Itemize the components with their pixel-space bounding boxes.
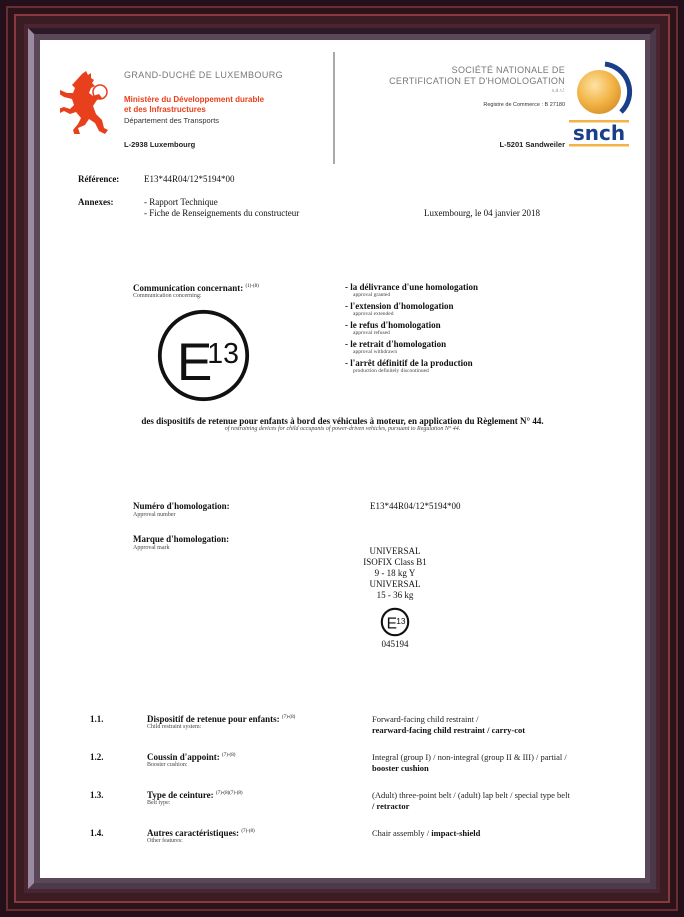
item-label: Type de ceinture: (7)-(8)(7)-(8) [147,790,243,800]
footnote-ref: (7)-(8) [241,829,254,834]
reference-value: E13*44R04/12*5194*00 [144,174,235,184]
item-value-normal: Chair assembly / [372,828,429,838]
ministry-line-2: et des Infrastructures [124,105,264,115]
svg-text:13: 13 [396,616,406,626]
item-label: Dispositif de retenue pour enfants: (7)-… [147,714,295,724]
spec-item-1-2: 1.2. Coussin d'appoint: (7)-(8) Booster … [90,752,630,790]
red-lion-icon [60,70,112,134]
annexes-row: Annexes: - Rapport Technique - Fiche de … [78,197,299,219]
item-label: Coussin d'appoint: (7)-(8) [147,752,235,762]
regulation-statement-fr: des dispositifs de retenue pour enfants … [40,416,645,426]
regulation-statement-en: of restraining devices for child occupan… [40,426,645,432]
ministry-name: Ministère du Développement durable et de… [124,95,264,115]
spec-item-1-1: 1.1. Dispositif de retenue pour enfants:… [90,714,630,752]
mark-line: UNIVERSAL [340,546,450,557]
header-luxembourg: GRAND-DUCHÉ DE LUXEMBOURG Ministère du D… [40,40,332,160]
option-en: approval granted [345,292,585,299]
option-fr: - la délivrance d'une homologation [345,282,585,292]
header-snch: SOCIÉTÉ NATIONALE DE CERTIFICATION ET D'… [336,40,645,160]
item-number: 1.1. [90,714,104,724]
mark-line: UNIVERSAL [340,579,450,590]
option-fr: - l'extension d'homologation [345,301,585,311]
e13-approval-mark-icon: E 13 [156,308,251,403]
spec-item-1-3: 1.3. Type de ceinture: (7)-(8)(7)-(8) Be… [90,790,630,828]
item-value-bold: impact-shield [431,828,480,838]
ministry-line-1: Ministère du Développement durable [124,95,264,105]
item-label-text: Coussin d'appoint: [147,752,220,762]
mark-code: 045194 [340,639,450,650]
reference-row: Référence:E13*44R04/12*5194*00 [78,174,235,184]
address-sandweiler: L-5201 Sandweiler [500,140,565,149]
org-line-1: SOCIÉTÉ NATIONALE DE [389,65,565,76]
reference-label: Référence: [78,174,144,184]
communication-subtitle: Communication concerning: [133,293,201,299]
footnote-ref: (7)-(8) [222,753,235,758]
item-value-normal: Forward-facing child restraint / [372,714,478,724]
option-discontinued: - l'arrêt définitif de la production pro… [345,358,585,375]
option-fr: - le refus d'homologation [345,320,585,330]
option-refused: - le refus d'homologation approval refus… [345,320,585,337]
option-fr: - l'arrêt définitif de la production [345,358,585,368]
country-name: GRAND-DUCHÉ DE LUXEMBOURG [124,70,283,80]
mark-line: 9 - 18 kg Y [340,568,450,579]
item-value: (Adult) three-point belt / (adult) lap b… [372,790,630,812]
option-granted: - la délivrance d'une homologation appro… [345,282,585,299]
svg-text:13: 13 [207,338,239,370]
snch-logo-icon: snch [565,60,635,150]
picture-frame: GRAND-DUCHÉ DE LUXEMBOURG Ministère du D… [0,0,684,917]
footnote-ref: (7)-(8) [282,715,295,720]
certificate-document: GRAND-DUCHÉ DE LUXEMBOURG Ministère du D… [40,40,645,878]
svg-text:E: E [387,616,397,633]
option-en: production definitely discontinued [345,368,585,375]
approval-number-value: E13*44R04/12*5194*00 [370,501,461,511]
option-fr: - le retrait d'homologation [345,339,585,349]
item-value-normal: (Adult) three-point belt / (adult) lap b… [372,790,570,800]
mark-line: 15 - 36 kg [340,590,450,601]
annex-item: - Fiche de Renseignements du constructeu… [144,208,299,219]
annexes-label: Annexes: [78,197,144,208]
approval-number-label: Numéro d'homologation: [133,501,230,511]
item-sublabel: Booster cushion: [147,762,188,768]
footnote-ref: (1)-(8) [246,284,259,289]
address-luxembourg: L-2938 Luxembourg [124,140,195,149]
option-en: approval refused [345,330,585,337]
item-number: 1.4. [90,828,104,838]
header-divider [333,52,335,164]
item-value-normal: Integral (group I) / non-integral (group… [372,752,567,762]
approval-mark-sublabel: Approval mark [133,545,170,551]
place-date: Luxembourg, le 04 janvier 2018 [424,208,540,218]
item-value: Chair assembly / impact-shield [372,828,630,839]
svg-text:snch: snch [573,121,625,145]
option-withdrawn: - le retrait d'homologation approval wit… [345,339,585,356]
item-label-text: Dispositif de retenue pour enfants: [147,714,280,724]
item-sublabel: Other features: [147,838,183,844]
item-number: 1.2. [90,752,104,762]
approval-number-sublabel: Approval number [133,512,176,518]
item-value-bold: rearward-facing child restraint / carry-… [372,725,525,735]
org-line-2: CERTIFICATION ET D'HOMOLOGATION [389,76,565,87]
communication-title: Communication concernant: (1)-(8) [133,283,259,293]
spec-items: 1.1. Dispositif de retenue pour enfants:… [90,714,630,866]
spec-item-1-4: 1.4. Autres caractéristiques: (7)-(8) Ot… [90,828,630,866]
annex-item: - Rapport Technique [144,197,299,208]
item-label-text: Type de ceinture: [147,790,214,800]
item-number: 1.3. [90,790,104,800]
approval-mark-block: UNIVERSAL ISOFIX Class B1 9 - 18 kg Y UN… [340,546,450,650]
legal-form: s.à r.l. [552,88,565,94]
item-value: Integral (group I) / non-integral (group… [372,752,630,774]
item-value-bold: booster cushion [372,763,429,773]
snch-org-name: SOCIÉTÉ NATIONALE DE CERTIFICATION ET D'… [389,65,565,87]
option-en: approval withdrawn [345,349,585,356]
approval-mark-label: Marque d'homologation: [133,534,229,544]
item-sublabel: Child restraint system: [147,724,201,730]
item-value: Forward-facing child restraint /rearward… [372,714,630,736]
regulation-statement: des dispositifs de retenue pour enfants … [40,416,645,432]
mark-line: ISOFIX Class B1 [340,557,450,568]
option-extended: - l'extension d'homologation approval ex… [345,301,585,318]
item-label-text: Autres caractéristiques: [147,828,239,838]
commerce-registry: Registre de Commerce : B 27180 [483,102,565,108]
option-en: approval extended [345,311,585,318]
item-sublabel: Belt type: [147,800,171,806]
communication-options: - la délivrance d'une homologation appro… [345,282,585,377]
item-label: Autres caractéristiques: (7)-(8) [147,828,255,838]
e13-small-mark-icon: E 13 [380,607,410,637]
item-value-bold: / retractor [372,801,409,811]
department-name: Département des Transports [124,116,219,125]
communication-title-text: Communication concernant: [133,283,243,293]
footnote-ref: (7)-(8)(7)-(8) [216,791,243,796]
